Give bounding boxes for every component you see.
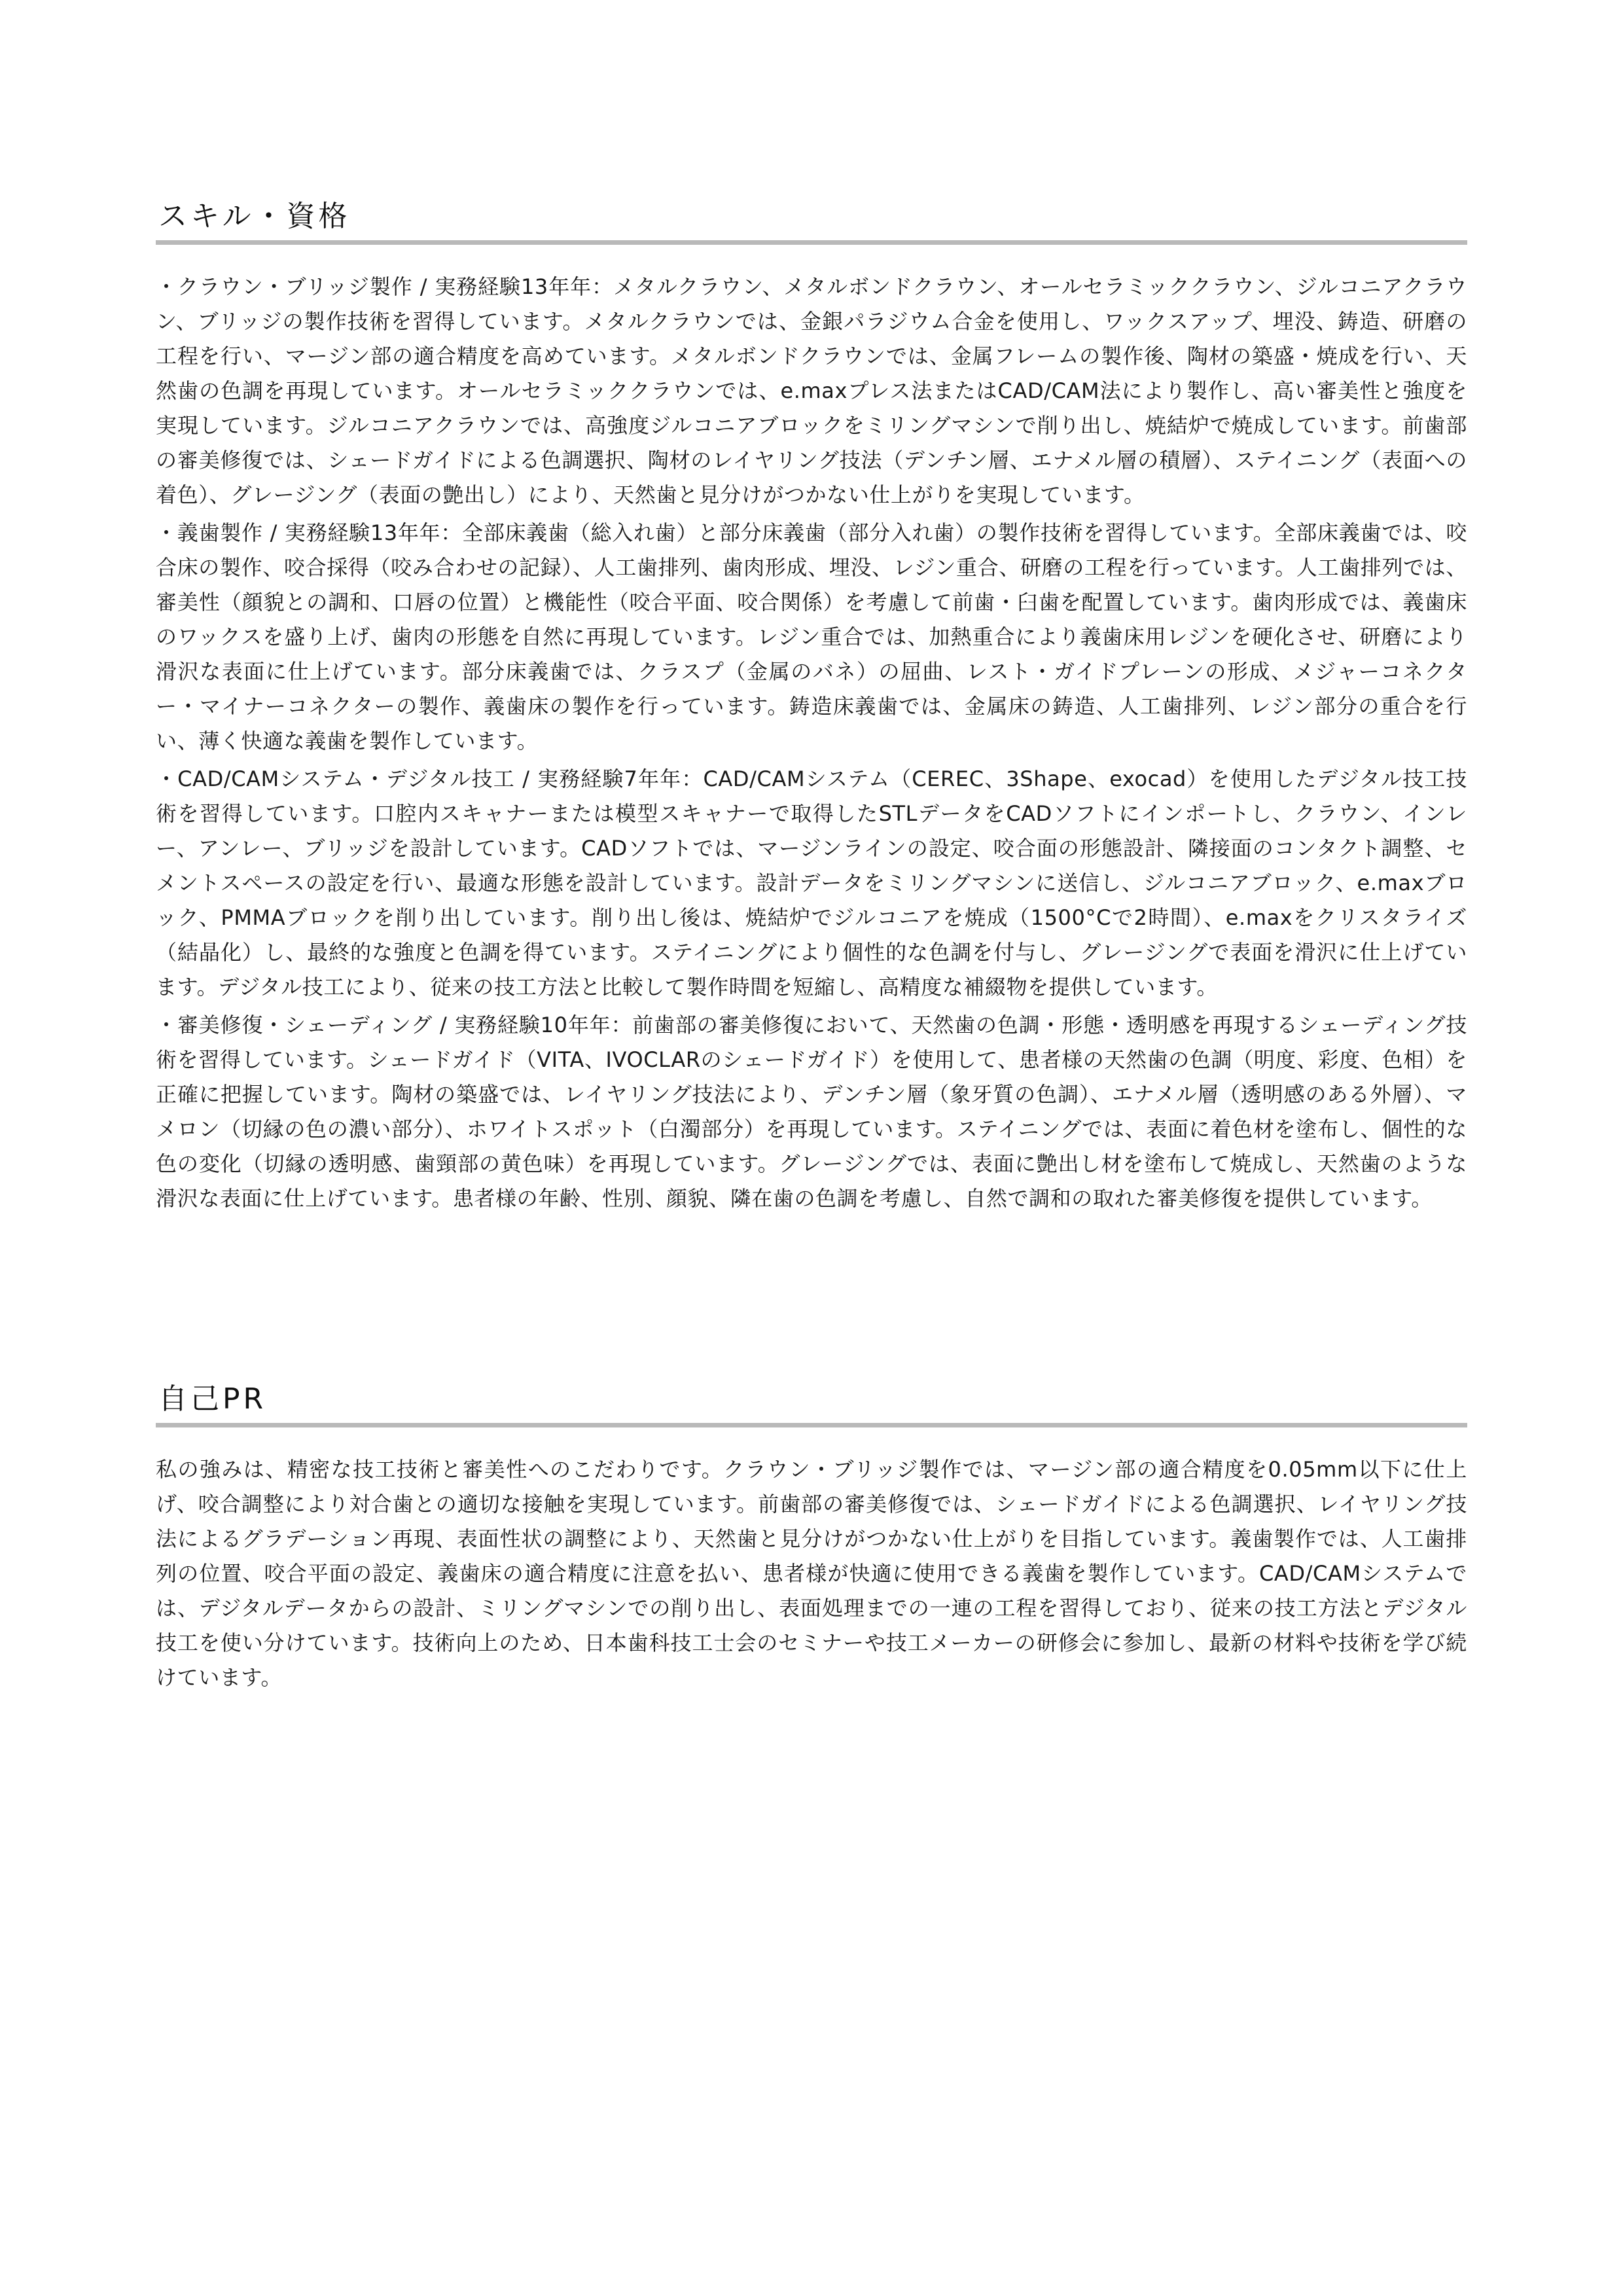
- skill-item-aesthetic-shading: ・審美修復・シェーディング / 実務経験10年年：前歯部の審美修復において、天然…: [156, 1008, 1467, 1216]
- section-divider: [156, 240, 1467, 245]
- self-pr-body: 私の強みは、精密な技工技術と審美性へのこだわりです。クラウン・ブリッジ製作では、…: [156, 1452, 1467, 1695]
- section-title-self-pr: 自己PR: [156, 1382, 1467, 1416]
- skill-item-crown-bridge: ・クラウン・ブリッジ製作 / 実務経験13年年：メタルクラウン、メタルボンドクラ…: [156, 270, 1467, 512]
- skills-section: スキル・資格 ・クラウン・ブリッジ製作 / 実務経験13年年：メタルクラウン、メ…: [156, 200, 1467, 1219]
- section-divider: [156, 1423, 1467, 1427]
- skill-item-cadcam: ・CAD/CAMシステム・デジタル技工 / 実務経験7年年：CAD/CAMシステ…: [156, 762, 1467, 1005]
- self-pr-text: 私の強みは、精密な技工技術と審美性へのこだわりです。クラウン・ブリッジ製作では、…: [156, 1452, 1467, 1695]
- self-pr-section: 自己PR 私の強みは、精密な技工技術と審美性へのこだわりです。クラウン・ブリッジ…: [156, 1382, 1467, 1698]
- section-title-skills: スキル・資格: [156, 200, 1467, 234]
- skill-item-denture: ・義歯製作 / 実務経験13年年：全部床義歯（総入れ歯）と部分床義歯（部分入れ歯…: [156, 516, 1467, 759]
- skills-list: ・クラウン・ブリッジ製作 / 実務経験13年年：メタルクラウン、メタルボンドクラ…: [156, 270, 1467, 1216]
